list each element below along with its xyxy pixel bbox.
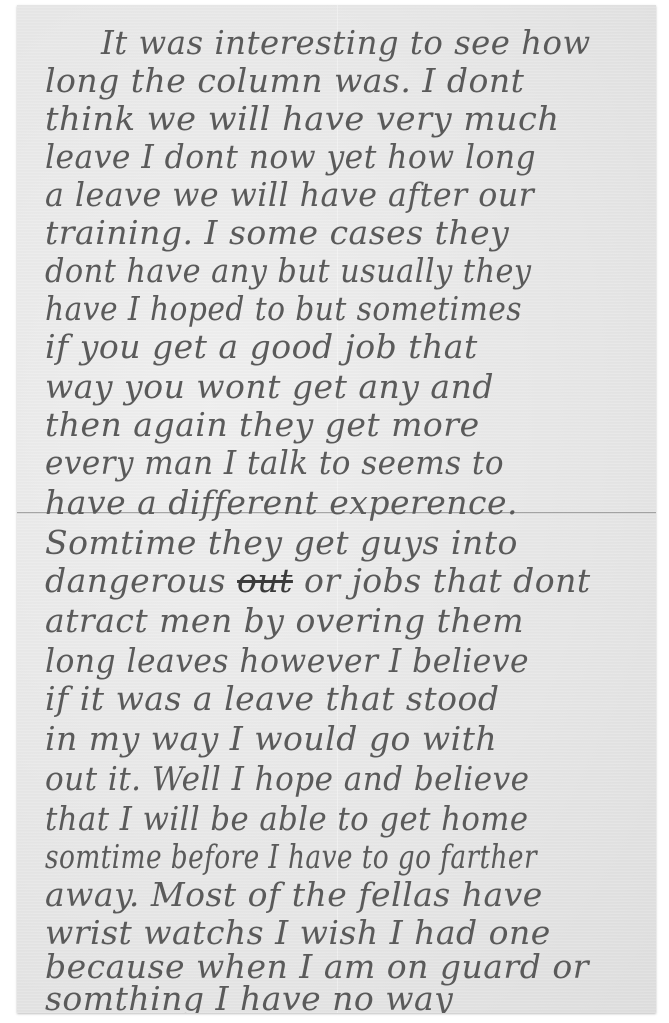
text-line: every man I talk to seems to [45, 443, 504, 482]
text-line: dangerous out or jobs that dont [45, 561, 591, 600]
text-line: a leave we will have after our [45, 175, 534, 214]
letter-page: It was interesting to see how long the c… [17, 5, 656, 1013]
text-line: away. Most of the fellas have [45, 875, 543, 914]
text-line: Somtime they get guys into [45, 523, 518, 562]
text-line: that I will be able to get home [45, 799, 528, 838]
text-line: have I hoped to but sometimes [45, 289, 522, 328]
text-line: think we will have very much [45, 99, 560, 138]
text-line: somthing I have no way [45, 979, 453, 1013]
text-fragment: or jobs that dont [304, 561, 591, 600]
text-line: if it was a leave that stood [45, 679, 500, 718]
text-line: training. I some cases they [45, 213, 509, 252]
text-line: atract men by overing them [45, 601, 524, 640]
text-line: have a different experence. [45, 483, 518, 522]
text-line: way you wont get any and [45, 367, 494, 406]
text-line: in my way I would go with [45, 719, 497, 758]
text-line: if you get a good job that [45, 327, 478, 366]
text-line: somtime before I have to go farther [45, 837, 537, 876]
text-line: It was interesting to see how [101, 23, 591, 62]
text-line: leave I dont now yet how long [45, 137, 536, 176]
text-line: out it. Well I hope and believe [45, 759, 529, 798]
text-fragment: dangerous [45, 561, 226, 600]
text-line: then again they get more [45, 405, 480, 444]
scan-backdrop: It was interesting to see how long the c… [0, 0, 669, 1023]
handwritten-text: It was interesting to see how long the c… [17, 5, 656, 1013]
text-line: dont have any but usually they [45, 251, 532, 290]
text-line: long leaves however I believe [45, 641, 529, 680]
text-line: long the column was. I dont [45, 61, 524, 100]
struck-out-word: out [237, 561, 293, 600]
